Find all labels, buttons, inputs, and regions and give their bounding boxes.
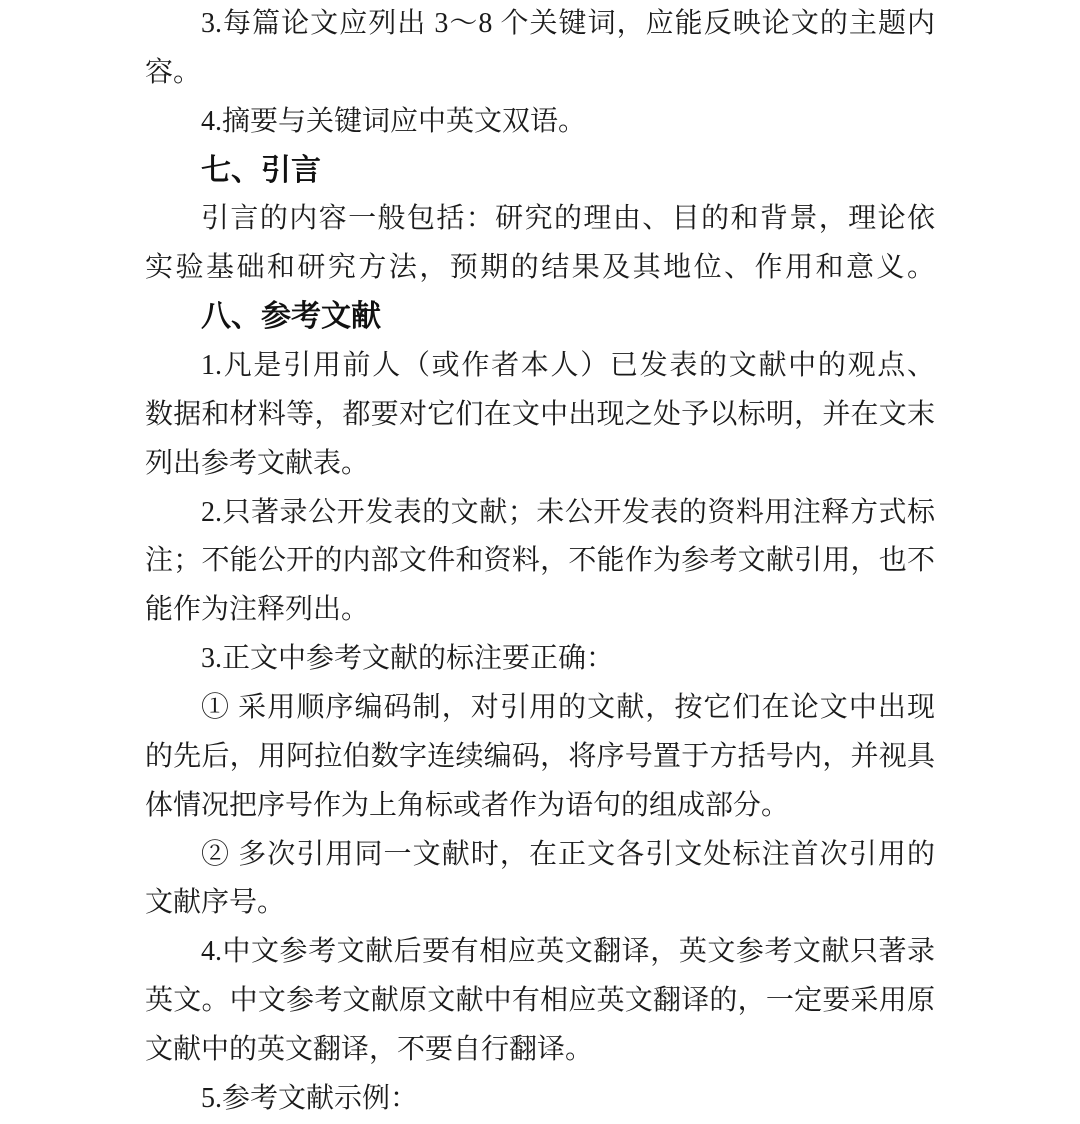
body-line: 3.每篇论文应列出 3～8 个关键词，应能反映论文的主题内 — [145, 0, 935, 49]
body-line: 引言的内容一般包括：研究的理由、目的和背景，理论依据、 — [145, 195, 935, 244]
body-line: 3.正文中参考文献的标注要正确： — [145, 635, 935, 684]
body-line: 文献中的英文翻译，不要自行翻译。 — [145, 1026, 935, 1075]
body-line: 体情况把序号作为上角标或者作为语句的组成部分。 — [145, 782, 935, 831]
body-line: ① 采用顺序编码制，对引用的文献，按它们在论文中出现 — [145, 684, 935, 733]
section-heading-7: 七、引言 — [145, 147, 935, 196]
body-line: 容。 — [145, 49, 935, 98]
body-line: 英文。中文参考文献原文献中有相应英文翻译的，一定要采用原 — [145, 977, 935, 1026]
body-line: 能作为注释列出。 — [145, 586, 935, 635]
body-line: 1.凡是引用前人（或作者本人）已发表的文献中的观点、 — [145, 342, 935, 391]
body-line: 的先后，用阿拉伯数字连续编码，将序号置于方括号内，并视具 — [145, 733, 935, 782]
section-heading-8: 八、参考文献 — [145, 293, 935, 342]
body-line: 2.只著录公开发表的文献；未公开发表的资料用注释方式标 — [145, 489, 935, 538]
body-line: ② 多次引用同一文献时，在正文各引文处标注首次引用的 — [145, 831, 935, 880]
body-line: 列出参考文献表。 — [145, 440, 935, 489]
body-line: 注；不能公开的内部文件和资料，不能作为参考文献引用，也不 — [145, 537, 935, 586]
body-line: 5.参考文献示例： — [145, 1075, 935, 1124]
body-line: 数据和材料等，都要对它们在文中出现之处予以标明，并在文末 — [145, 391, 935, 440]
body-line: 实验基础和研究方法，预期的结果及其地位、作用和意义。 — [145, 244, 935, 293]
body-line: 文献序号。 — [145, 879, 935, 928]
body-line: 4.中文参考文献后要有相应英文翻译，英文参考文献只著录 — [145, 928, 935, 977]
document-page: 3.每篇论文应列出 3～8 个关键词，应能反映论文的主题内 容。 4.摘要与关键… — [0, 0, 1080, 1124]
body-line: 4.摘要与关键词应中英文双语。 — [145, 98, 935, 147]
